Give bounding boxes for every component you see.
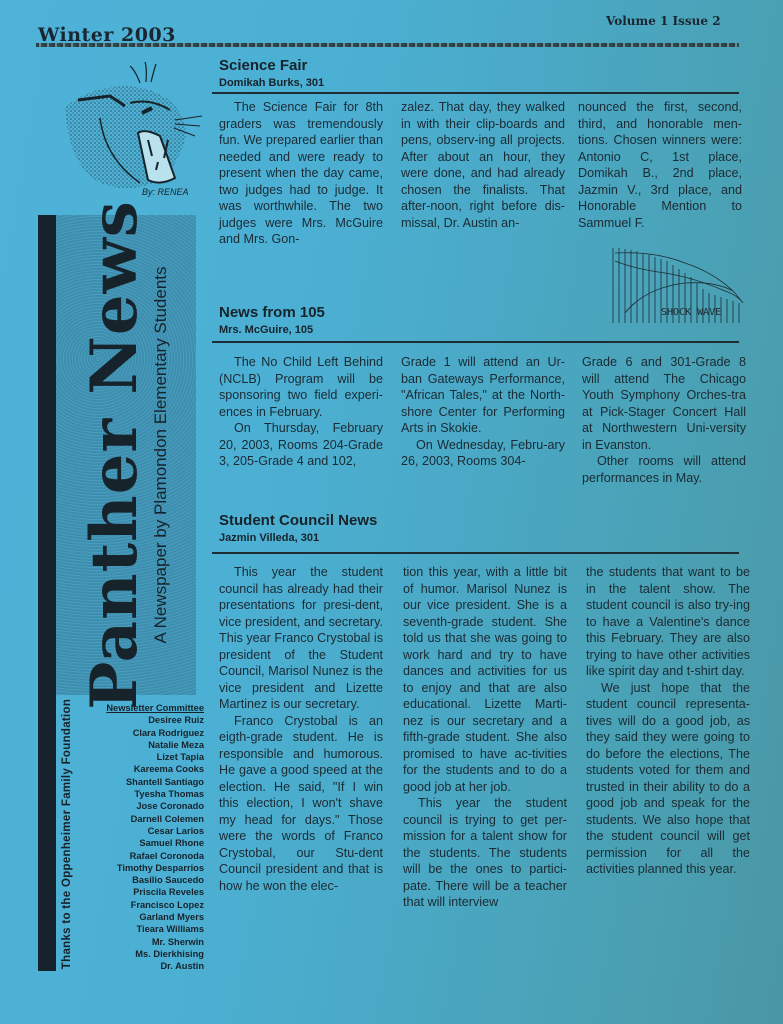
- committee-member: Tyesha Thomas: [92, 788, 204, 800]
- article-headline: News from 105: [219, 304, 739, 321]
- committee-member: Dr. Austin: [92, 960, 204, 972]
- committee-member: Desiree Ruiz: [92, 714, 204, 726]
- newspaper-banner: Panther News A Newspaper by Plamondon El…: [56, 215, 196, 695]
- committee-member: Rafael Coronoda: [92, 850, 204, 862]
- committee-member: Lizet Tapia: [92, 751, 204, 763]
- paragraph: tion this year, with a little bit of hum…: [403, 564, 567, 795]
- section-rule: [212, 552, 739, 554]
- article-column: tion this year, with a little bit of hum…: [403, 564, 567, 911]
- committee-member: Jose Coronado: [92, 800, 204, 812]
- committee-member: Mr. Sherwin: [92, 936, 204, 948]
- paragraph: Other rooms will attend performances in …: [582, 453, 746, 486]
- committee-member: Natalie Meza: [92, 739, 204, 751]
- article-student-council-news: Student Council News Jazmin Villeda, 301: [219, 512, 739, 544]
- masthead-rule: [36, 43, 739, 47]
- article-column: nounced the first, second, third, and ho…: [578, 99, 742, 231]
- committee-member: Shantell Santiago: [92, 776, 204, 788]
- section-rule: [212, 341, 739, 343]
- svg-text:By: RENEA: By: RENEA: [142, 187, 189, 197]
- article-headline: Student Council News: [219, 512, 739, 529]
- section-rule: [212, 92, 739, 94]
- committee-member: Darnell Colemen: [92, 813, 204, 825]
- committee-member: Cesar Larios: [92, 825, 204, 837]
- panther-illustration: By: RENEA: [30, 58, 205, 198]
- committee-member: Francisco Lopez: [92, 899, 204, 911]
- article-column: The No Child Left Behind (NCLB) Program …: [219, 354, 383, 470]
- article-column: zalez. That day, they walked in with the…: [401, 99, 565, 231]
- paragraph: This year the student council has alread…: [219, 564, 383, 713]
- paragraph: On Thursday, February 20, 2003, Rooms 20…: [219, 420, 383, 470]
- article-byline: Mrs. McGuire, 105: [219, 324, 739, 336]
- paragraph: Franco Crystobal is an eigth-grade stude…: [219, 713, 383, 895]
- paragraph: This year the student council is trying …: [403, 795, 567, 911]
- newsletter-committee: Newsletter Committee Desiree Ruiz Clara …: [92, 702, 204, 973]
- paragraph: On Wednesday, Febru-ary 26, 2003, Rooms …: [401, 437, 565, 470]
- newspaper-title: Panther News: [80, 200, 150, 710]
- paragraph: zalez. That day, they walked in with the…: [401, 99, 565, 231]
- article-column: This year the student council has alread…: [219, 564, 383, 894]
- paragraph: nounced the first, second, third, and ho…: [578, 99, 742, 231]
- article-science-fair: Science Fair Domikah Burks, 301: [219, 57, 739, 89]
- paragraph: Grade 6 and 301-Grade 8 will attend The …: [582, 354, 746, 453]
- committee-member: Tieara Williams: [92, 923, 204, 935]
- article-column: the students that want to be in the tale…: [586, 564, 750, 878]
- article-column: Grade 6 and 301-Grade 8 will attend The …: [582, 354, 746, 486]
- paragraph: the students that want to be in the tale…: [586, 564, 750, 680]
- thanks-note: Thanks to the Oppenheimer Family Foundat…: [56, 700, 78, 968]
- article-byline: Domikah Burks, 301: [219, 77, 739, 89]
- paragraph: The No Child Left Behind (NCLB) Program …: [219, 354, 383, 420]
- committee-member: Samuel Rhone: [92, 837, 204, 849]
- article-news-from-105: News from 105 Mrs. McGuire, 105: [219, 304, 739, 336]
- committee-member: Clara Rodriguez: [92, 727, 204, 739]
- paragraph: Grade 1 will attend an Ur-ban Gateways P…: [401, 354, 565, 437]
- panther-head-icon: By: RENEA: [30, 58, 205, 198]
- committee-member: Kareema Cooks: [92, 763, 204, 775]
- committee-title: Newsletter Committee: [92, 702, 204, 714]
- issue-volume: Volume 1 Issue 2: [606, 14, 721, 28]
- thanks-text: Thanks to the Oppenheimer Family Foundat…: [61, 699, 73, 969]
- newspaper-subtitle: A Newspaper by Plamondon Elementary Stud…: [150, 200, 172, 710]
- article-byline: Jazmin Villeda, 301: [219, 532, 739, 544]
- committee-member: Timothy Desparrios: [92, 862, 204, 874]
- sidebar-accent-bar: [38, 215, 56, 971]
- committee-member: Priscila Reveles: [92, 886, 204, 898]
- paragraph: We just hope that the student council re…: [586, 680, 750, 878]
- article-column: Grade 1 will attend an Ur-ban Gateways P…: [401, 354, 565, 470]
- committee-member: Ms. Dierkhising: [92, 948, 204, 960]
- committee-member: Basilio Saucedo: [92, 874, 204, 886]
- paragraph: The Science Fair for 8th graders was tre…: [219, 99, 383, 248]
- committee-member: Garland Myers: [92, 911, 204, 923]
- article-headline: Science Fair: [219, 57, 739, 74]
- article-column: The Science Fair for 8th graders was tre…: [219, 99, 383, 248]
